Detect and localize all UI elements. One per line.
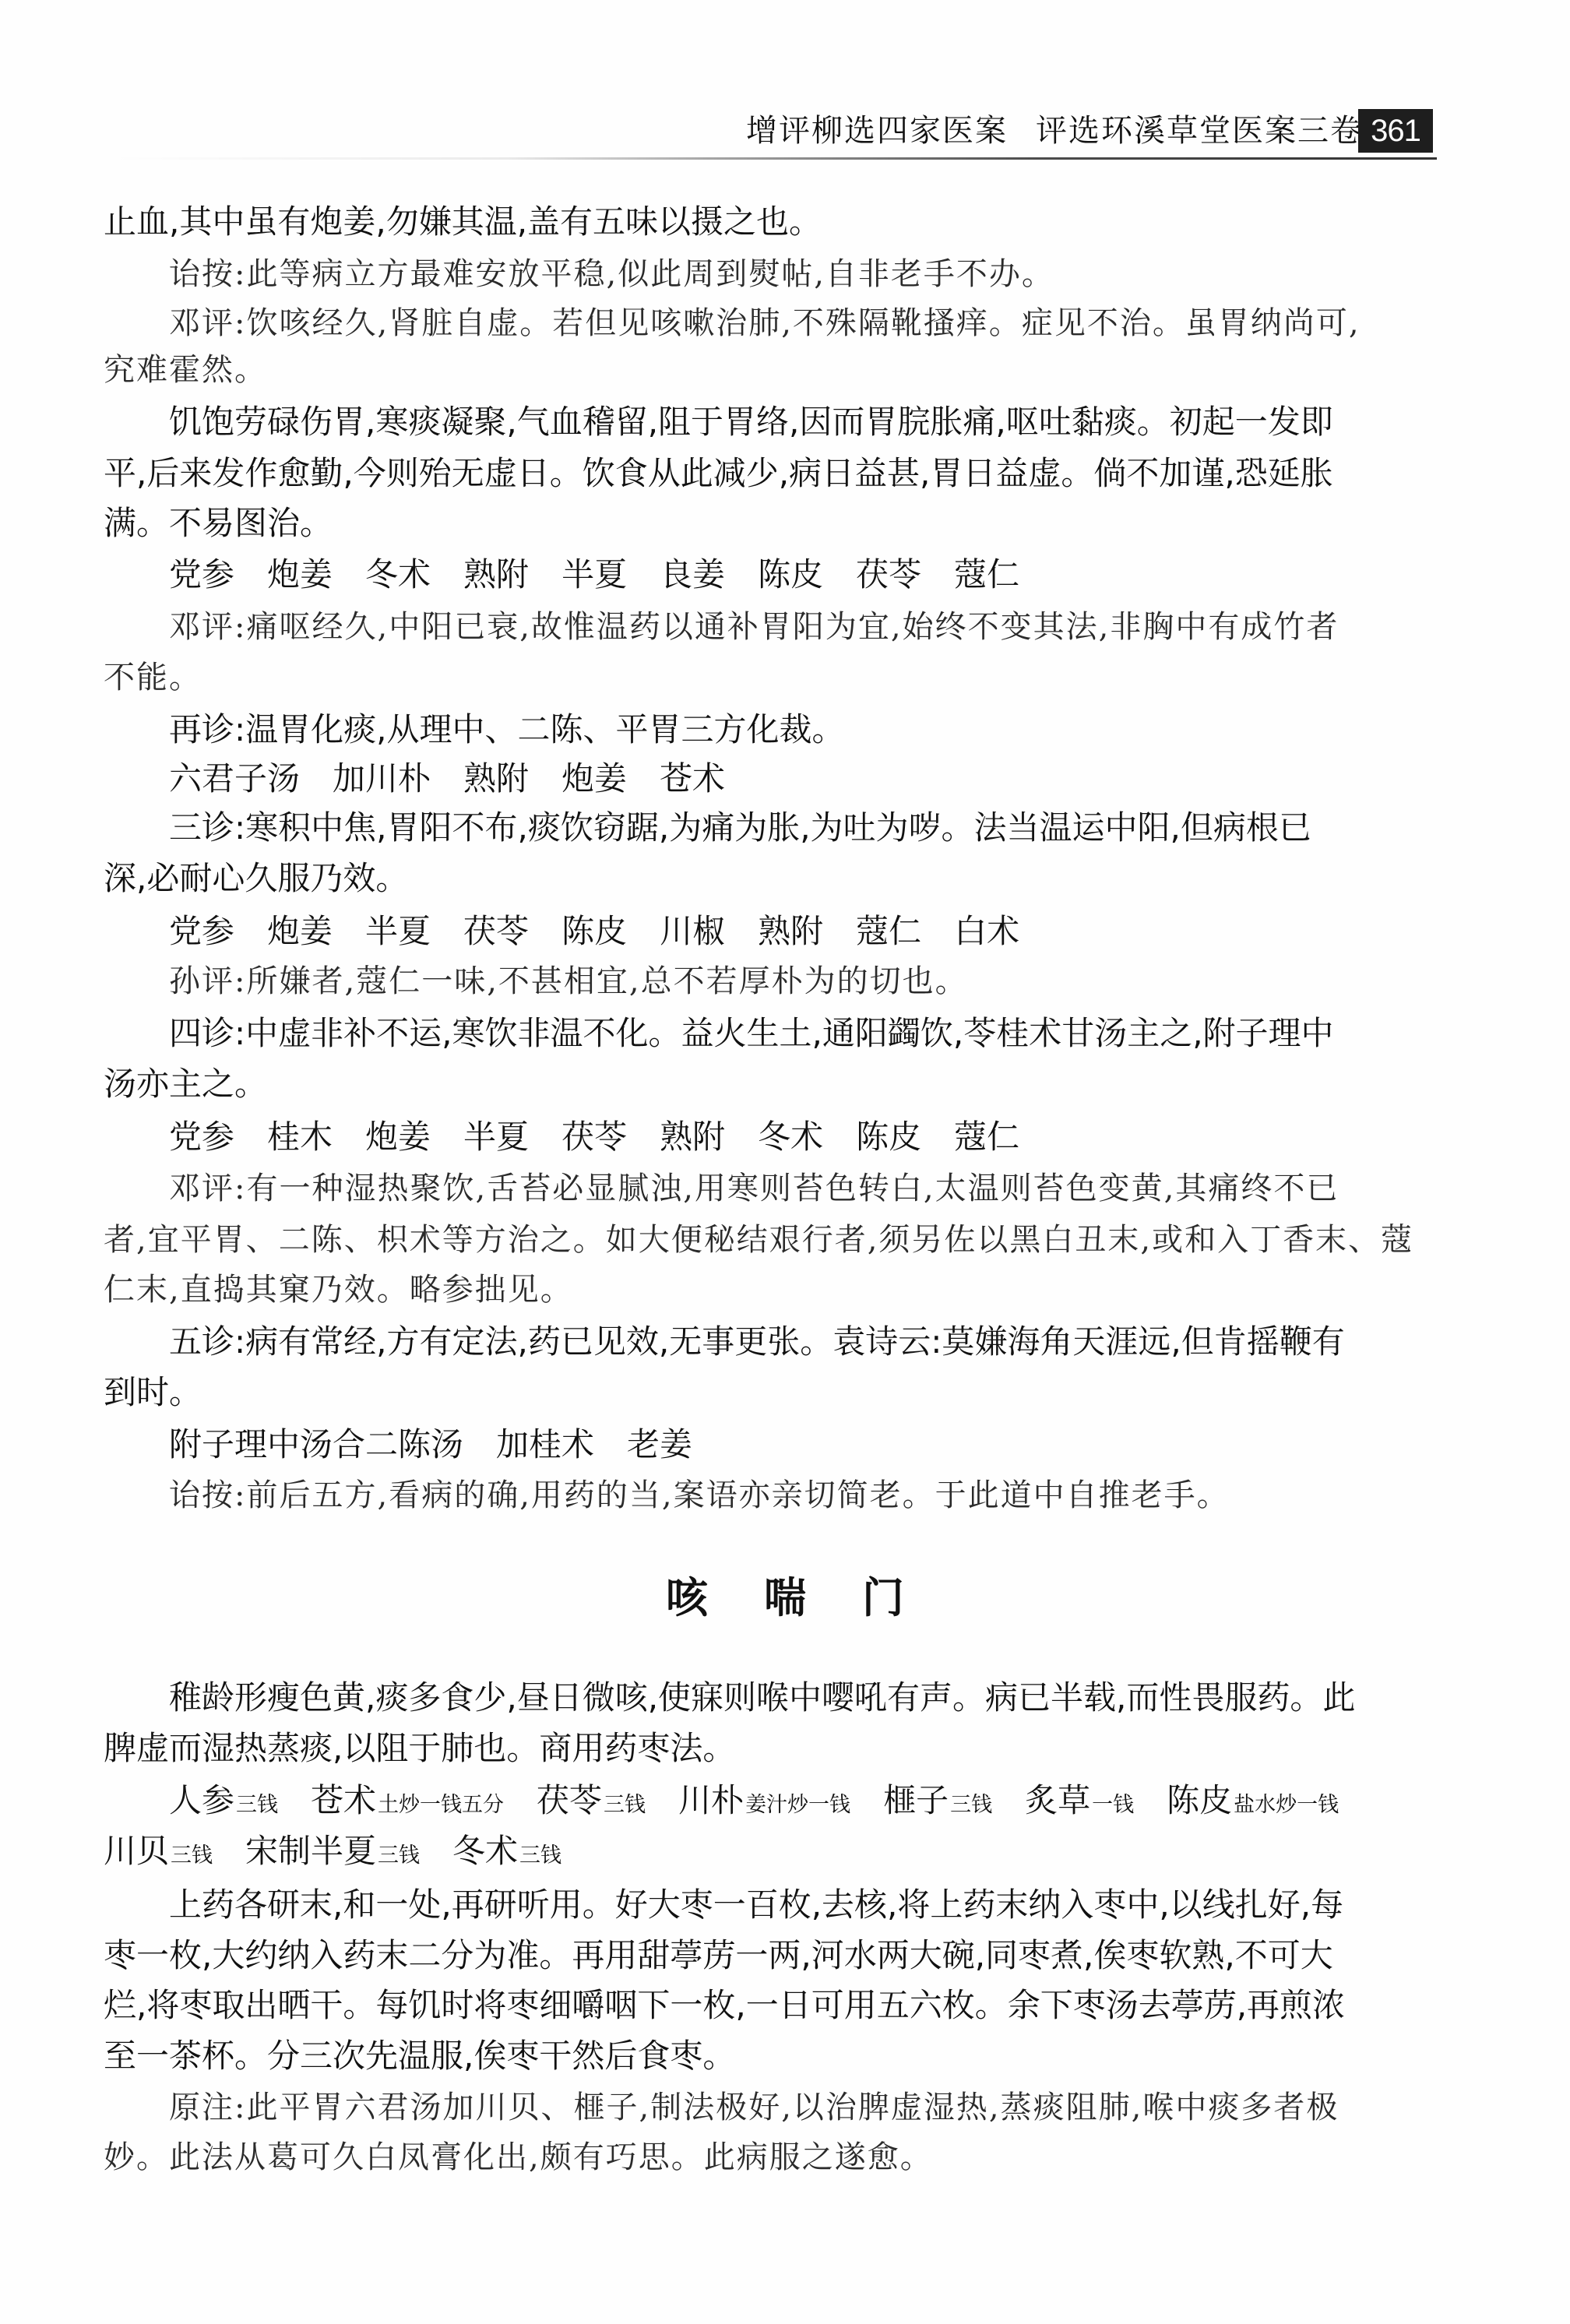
herb-item: 人参三钱: [169, 1777, 278, 1829]
herb-name: 桂木: [267, 1118, 333, 1156]
body-text-line: 再诊:温胃化痰,从理中、二陈、平胃三方化裁。: [169, 706, 1516, 753]
herb-name: 陈皮: [856, 1118, 921, 1156]
herb-name: 良姜: [660, 555, 725, 593]
body-text-line: 满。不易图治。: [104, 500, 1451, 547]
herb-name: 党参: [169, 1118, 234, 1156]
herb-item: 良姜: [660, 551, 725, 598]
body-text-line: 四诊:中虚非补不运,寒饮非温不化。益火生土,通阳蠲饮,苓桂术甘汤主之,附子理中: [169, 1010, 1516, 1057]
herb-name: 蔻仁: [856, 912, 921, 950]
body-text-line: 三诊:寒积中焦,胃阳不布,痰饮窃踞,为痛为胀,为吐为哕。法当温运中阳,但病根已: [169, 805, 1516, 851]
commentary-line: 邓评:饮咳经久,肾脏自虚。若但见咳嗽治肺,不殊隔靴搔痒。症见不治。虽胃纳尚可,: [169, 300, 1516, 347]
herb-name: 川椒: [660, 912, 725, 950]
running-head-book-title: 增评柳选四家医案: [746, 113, 1008, 149]
herb-item: 炮姜: [267, 551, 333, 598]
herb-name: 炙草: [1025, 1781, 1090, 1819]
herb-item: 陈皮盐水炒一钱: [1167, 1777, 1339, 1829]
section-title-char: 咳: [666, 1573, 708, 1623]
herb-name: 冬术: [758, 1118, 823, 1156]
herb-name: 宋制半夏: [245, 1832, 376, 1870]
herb-dose: 三钱: [236, 1793, 278, 1817]
body-text-line: 脾虚而湿热蒸痰,以阻于肺也。商用药枣法。: [104, 1725, 1451, 1772]
herb-item: 宋制半夏三钱: [245, 1828, 420, 1879]
herb-item: 半夏: [365, 908, 431, 955]
running-head-volume-title: 评选环溪草堂医案三卷: [1036, 113, 1363, 149]
herb-name: 党参: [169, 912, 234, 950]
herb-dose: 姜汁炒一钱: [745, 1793, 850, 1817]
herb-name: 蔻仁: [954, 555, 1019, 593]
herb-name: 陈皮: [1167, 1781, 1232, 1819]
herb-name: 榧子: [883, 1781, 949, 1819]
herb-item: 茯苓: [856, 551, 921, 598]
herb-item: 茯苓: [463, 908, 529, 955]
body-text-line: 饥饱劳碌伤胃,寒痰凝聚,气血稽留,阻于胃络,因而胃脘胀痛,呕吐黏痰。初起一发即: [169, 399, 1516, 445]
body-text-line: 稚龄形瘦色黄,痰多食少,昼日微咳,使寐则喉中嘤吼有声。病已半载,而性畏服药。此: [169, 1674, 1516, 1721]
herb-name: 苍术: [311, 1781, 376, 1819]
herb-name: 人参: [169, 1781, 234, 1819]
herb-item: 茯苓三钱: [537, 1777, 646, 1829]
commentary-line: 者,宜平胃、二陈、枳术等方治之。如大便秘结艰行者,须另佐以黑白丑末,或和入丁香末…: [104, 1217, 1451, 1263]
herb-name: 熟附: [660, 1118, 725, 1156]
herb-item: 党参: [169, 1114, 234, 1160]
herb-name: 陈皮: [561, 912, 627, 950]
herb-item: 炮姜: [267, 908, 333, 955]
herb-dose: 三钱: [950, 1793, 992, 1817]
herb-name: 冬术: [365, 555, 431, 593]
section-title: 咳喘门: [0, 1573, 1570, 1623]
herb-item: 党参: [169, 908, 234, 955]
herb-name: 熟附: [463, 555, 529, 593]
herb-dose: 三钱: [378, 1843, 420, 1868]
herb-dose: 一钱: [1092, 1793, 1134, 1817]
herb-item: 党参: [169, 551, 234, 598]
body-text-line: 到时。: [104, 1369, 1451, 1416]
herb-dose: 三钱: [519, 1843, 561, 1868]
herb-item: 蔻仁: [954, 551, 1019, 598]
body-text-line: 五诊:病有常经,方有定法,药已见效,无事更张。袁诗云:莫嫌海角天涯远,但肯摇鞭有: [169, 1319, 1516, 1365]
herb-item: 川朴姜汁炒一钱: [678, 1777, 850, 1829]
page-number-badge: 361: [1358, 109, 1433, 153]
herb-dose: 盐水炒一钱: [1234, 1793, 1339, 1817]
herb-dose: 三钱: [604, 1793, 646, 1817]
recipe-row: 川贝三钱宋制半夏三钱冬术三钱: [104, 1828, 1451, 1875]
herb-name: 半夏: [365, 912, 431, 950]
body-text-line: 深,必耐心久服乃效。: [104, 855, 1451, 902]
herb-list-row: 党参炮姜冬术熟附半夏良姜陈皮茯苓蔻仁: [169, 551, 1516, 598]
herb-name: 茯苓: [463, 912, 529, 950]
herb-dose: 三钱: [171, 1843, 213, 1868]
herb-name: 陈皮: [758, 555, 823, 593]
herb-name: 半夏: [463, 1118, 529, 1156]
herb-item: 半夏: [463, 1114, 529, 1160]
commentary-line: 仁末,直捣其窠乃效。略参拙见。: [104, 1266, 1451, 1313]
herb-item: 冬术: [365, 551, 431, 598]
body-text-line: 六君子汤 加川朴 熟附 炮姜 苍术: [169, 755, 1516, 802]
body-text-line: 附子理中汤合二陈汤 加桂术 老姜: [169, 1421, 1516, 1468]
body-text-line: 烂,将枣取出晒干。每饥时将枣细嚼咽下一枚,一日可用五六枚。余下枣汤去葶苈,再煎浓: [104, 1982, 1451, 2029]
herb-item: 川贝三钱: [104, 1828, 213, 1879]
herb-item: 川椒: [660, 908, 725, 955]
book-page: 增评柳选四家医案评选环溪草堂医案三卷 361 止血,其中虽有炮姜,勿嫌其温,盖有…: [0, 0, 1570, 2324]
herb-name: 川贝: [104, 1832, 169, 1870]
herb-item: 陈皮: [856, 1114, 921, 1160]
commentary-line: 邓评:痛呕经久,中阳已衰,故惟温药以通补胃阳为宜,始终不变其法,非胸中有成竹者: [169, 604, 1516, 650]
herb-item: 陈皮: [758, 551, 823, 598]
body-text-line: 止血,其中虽有炮姜,勿嫌其温,盖有五味以摄之也。: [104, 199, 1451, 245]
commentary-line: 诒按:前后五方,看病的确,用药的当,案语亦亲切简老。于此道中自推老手。: [169, 1472, 1516, 1519]
herb-item: 榧子三钱: [883, 1777, 992, 1829]
herb-name: 炮姜: [267, 912, 333, 950]
herb-item: 蔻仁: [954, 1114, 1019, 1160]
herb-dose: 土炒一钱五分: [378, 1793, 504, 1817]
herb-item: 炙草一钱: [1025, 1777, 1134, 1829]
herb-item: 蔻仁: [856, 908, 921, 955]
herb-name: 茯苓: [537, 1781, 602, 1819]
herb-name: 炮姜: [267, 555, 333, 593]
herb-list-row: 党参炮姜半夏茯苓陈皮川椒熟附蔻仁白术: [169, 908, 1516, 955]
recipe-row: 人参三钱苍术土炒一钱五分茯苓三钱川朴姜汁炒一钱榧子三钱炙草一钱陈皮盐水炒一钱: [169, 1777, 1516, 1824]
herb-item: 熟附: [660, 1114, 725, 1160]
herb-item: 茯苓: [561, 1114, 627, 1160]
herb-name: 熟附: [758, 912, 823, 950]
herb-item: 熟附: [758, 908, 823, 955]
herb-name: 茯苓: [561, 1118, 627, 1156]
commentary-line: 妙。此法从葛可久白凤膏化出,颇有巧思。此病服之遂愈。: [104, 2134, 1451, 2181]
body-text-line: 至一茶杯。分三次先温服,俟枣干然后食枣。: [104, 2033, 1451, 2079]
herb-name: 白术: [954, 912, 1019, 950]
commentary-line: 原注:此平胃六君汤加川贝、榧子,制法极好,以治脾虚湿热,蒸痰阻肺,喉中痰多者极: [169, 2084, 1516, 2131]
body-text-line: 上药各研末,和一处,再研听用。好大枣一百枚,去核,将上药末纳入枣中,以线扎好,每: [169, 1882, 1516, 1928]
herb-item: 半夏: [561, 551, 627, 598]
herb-name: 半夏: [561, 555, 627, 593]
herb-item: 熟附: [463, 551, 529, 598]
herb-item: 冬术三钱: [452, 1828, 561, 1879]
header-rule: [109, 157, 1437, 160]
body-text-line: 枣一枚,大约纳入药末二分为准。再用甜葶苈一两,河水两大碗,同枣煮,俟枣软熟,不可…: [104, 1932, 1451, 1979]
commentary-line: 不能。: [104, 654, 1451, 701]
commentary-line: 究难霍然。: [104, 347, 1451, 393]
section-title-char: 喘: [764, 1573, 806, 1623]
commentary-line: 邓评:有一种湿热聚饮,舌苔必显腻浊,用寒则苔色转白,太温则苔色变黄,其痛终不已: [169, 1165, 1516, 1212]
herb-item: 炮姜: [365, 1114, 431, 1160]
herb-item: 陈皮: [561, 908, 627, 955]
body-text-line: 平,后来发作愈勤,今则殆无虚日。饮食从此减少,病日益甚,胃日益虚。倘不加谨,恐延…: [104, 450, 1451, 497]
herb-item: 白术: [954, 908, 1019, 955]
herb-item: 冬术: [758, 1114, 823, 1160]
commentary-line: 诒按:此等病立方最难安放平稳,似此周到熨帖,自非老手不办。: [169, 251, 1516, 298]
herb-item: 桂木: [267, 1114, 333, 1160]
section-title-char: 门: [862, 1573, 904, 1623]
herb-name: 茯苓: [856, 555, 921, 593]
herb-name: 蔻仁: [954, 1118, 1019, 1156]
running-head: 增评柳选四家医案评选环溪草堂医案三卷: [701, 107, 1363, 154]
herb-item: 苍术土炒一钱五分: [311, 1777, 504, 1829]
commentary-line: 孙评:所嫌者,蔻仁一味,不甚相宜,总不若厚朴为的切也。: [169, 958, 1516, 1005]
herb-name: 川朴: [678, 1781, 744, 1819]
herb-name: 炮姜: [365, 1118, 431, 1156]
herb-list-row: 党参桂木炮姜半夏茯苓熟附冬术陈皮蔻仁: [169, 1114, 1516, 1160]
herb-name: 党参: [169, 555, 234, 593]
herb-name: 冬术: [452, 1832, 518, 1870]
body-text-line: 汤亦主之。: [104, 1061, 1451, 1107]
